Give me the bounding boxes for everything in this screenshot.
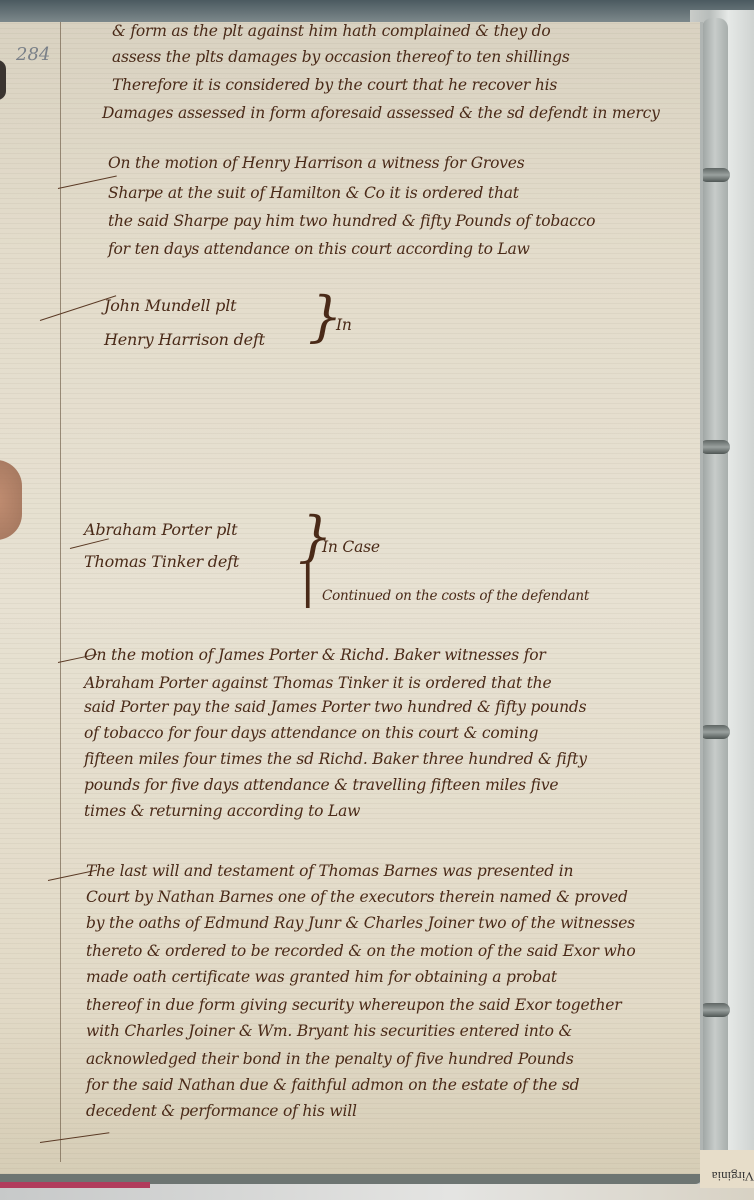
text-line: acknowledged their bond in the penalty o… <box>86 1052 574 1068</box>
bracket-note: In <box>336 318 352 334</box>
text-line: made oath certificate was granted him fo… <box>86 970 557 986</box>
text-line: of tobacco for four days attendance on t… <box>84 726 538 742</box>
text-line: assess the plts damages by occasion ther… <box>112 50 570 66</box>
text-line: with Charles Joiner & Wm. Bryant his sec… <box>86 1024 572 1040</box>
text-line: The last will and testament of Thomas Ba… <box>86 864 573 880</box>
text-line: Court by Nathan Barnes one of the execut… <box>86 890 628 906</box>
page-clip-shadow <box>0 60 6 100</box>
binder-ring <box>700 440 730 454</box>
caption-line: Abraham Porter plt <box>84 522 237 538</box>
text-line: fifteen miles four times the sd Richd. B… <box>84 752 587 768</box>
caption-line: Thomas Tinker deft <box>84 554 239 570</box>
text-line: thereto & ordered to be recorded & on th… <box>86 944 635 960</box>
text-line: said Porter pay the said James Porter tw… <box>84 700 586 716</box>
text-line: times & returning according to Law <box>84 804 360 820</box>
binder-ring <box>700 1003 730 1017</box>
ruling-text: Continued on the costs of the defendant <box>322 590 589 604</box>
text-line: Therefore it is considered by the court … <box>112 78 557 94</box>
caption-line: John Mundell plt <box>104 298 236 314</box>
text-line: Sharpe at the suit of Hamilton & Co it i… <box>108 186 519 202</box>
text-line: & form as the plt against him hath compl… <box>112 24 551 40</box>
manuscript-page: 284 & form as the plt against him hath c… <box>0 22 703 1184</box>
binder-ring <box>700 168 730 182</box>
text-line: Damages assessed in form aforesaid asses… <box>102 106 660 122</box>
text-line: decedent & performance of his will <box>86 1104 357 1120</box>
pink-tab <box>0 1182 150 1188</box>
text-line: for the said Nathan due & faithful admon… <box>86 1078 579 1094</box>
text-line: On the motion of James Porter & Richd. B… <box>84 648 546 664</box>
caption-line: Henry Harrison deft <box>104 332 265 348</box>
bracket-note: In Case <box>322 540 380 556</box>
page-number: 284 <box>16 44 50 65</box>
text-line: by the oaths of Edmund Ray Junr & Charle… <box>86 916 635 932</box>
side-label: Virginia <box>700 1150 754 1188</box>
text-line: the said Sharpe pay him two hundred & fi… <box>108 214 595 230</box>
binder-ring <box>700 725 730 739</box>
text-line: thereof in due form giving security wher… <box>86 998 621 1014</box>
text-line: pounds for five days attendance & travel… <box>84 778 558 794</box>
text-line: for ten days attendance on this court ac… <box>108 242 530 258</box>
text-line: On the motion of Henry Harrison a witnes… <box>108 156 525 172</box>
text-line: Abraham Porter against Thomas Tinker it … <box>84 676 551 692</box>
margin-line <box>60 22 61 1162</box>
ruling-bracket: | <box>300 558 316 604</box>
